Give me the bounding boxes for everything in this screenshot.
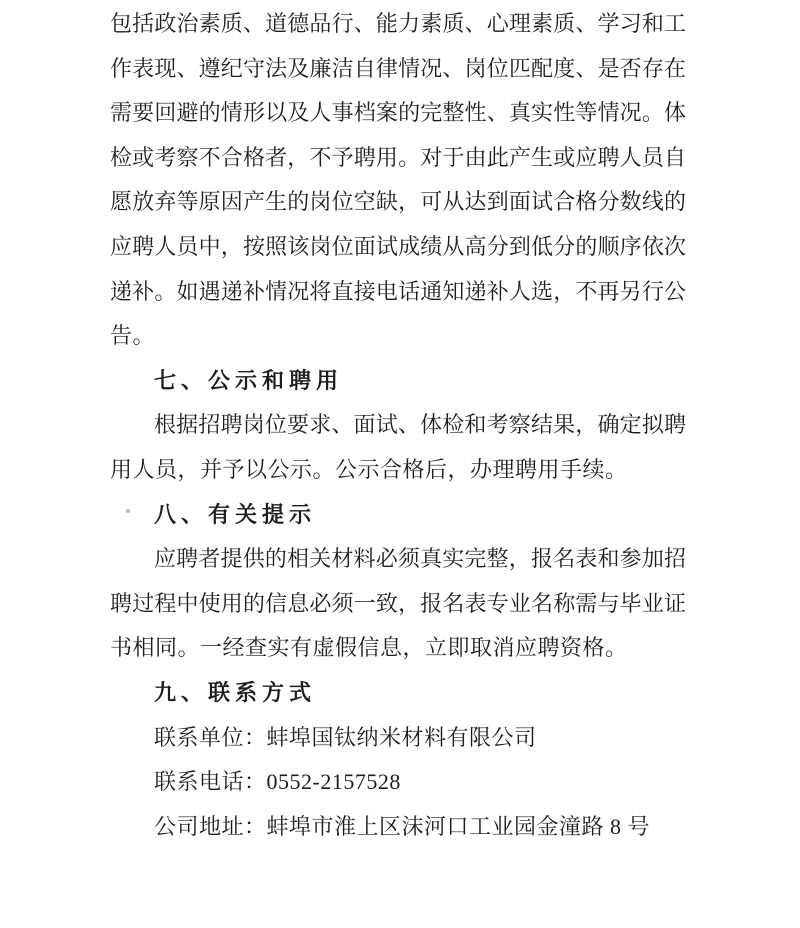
document-page: 包括政治素质、道德品行、能力素质、心理素质、学习和工 作表现、遵纪守法及廉洁自律… — [0, 0, 800, 928]
body-line: 愿放弃等原因产生的岗位空缺，可从达到面试合格分数线的 — [110, 180, 686, 225]
scan-speck-artifact — [126, 509, 130, 513]
body-line: 检或考察不合格者，不予聘用。对于由此产生或应聘人员自 — [110, 136, 686, 181]
body-line: 作表现、遵纪守法及廉洁自律情况、岗位匹配度、是否存在 — [110, 47, 686, 92]
contact-phone: 联系电话：0552-2157528 — [110, 760, 686, 805]
body-line: 根据招聘岗位要求、面试、体检和考察结果，确定拟聘 — [110, 403, 686, 448]
body-line: 包括政治素质、道德品行、能力素质、心理素质、学习和工 — [110, 2, 686, 47]
body-line: 需要回避的情形以及人事档案的完整性、真实性等情况。体 — [110, 91, 686, 136]
body-line: 递补。如遇递补情况将直接电话通知递补人选，不再另行公 — [110, 270, 686, 315]
document-text-block: 包括政治素质、道德品行、能力素质、心理素质、学习和工 作表现、遵纪守法及廉洁自律… — [110, 2, 686, 849]
body-line: 应聘者提供的相关材料必须真实完整，报名表和参加招 — [110, 537, 686, 582]
body-line: 应聘人员中，按照该岗位面试成绩从高分到低分的顺序依次 — [110, 225, 686, 270]
body-line: 告。 — [110, 314, 686, 359]
contact-address: 公司地址：蚌埠市淮上区沫河口工业园金潼路 8 号 — [110, 805, 686, 850]
contact-unit: 联系单位：蚌埠国钛纳米材料有限公司 — [110, 716, 686, 761]
section-heading-publicity-employment: 七、公示和聘用 — [110, 359, 686, 404]
body-line: 用人员，并予以公示。公示合格后，办理聘用手续。 — [110, 448, 686, 493]
body-line: 聘过程中使用的信息必须一致，报名表专业名称需与毕业证 — [110, 582, 686, 627]
body-line: 书相同。一经查实有虚假信息，立即取消应聘资格。 — [110, 626, 686, 671]
section-heading-notes: 八、有关提示 — [110, 493, 686, 538]
section-heading-contact: 九、联系方式 — [110, 671, 686, 716]
